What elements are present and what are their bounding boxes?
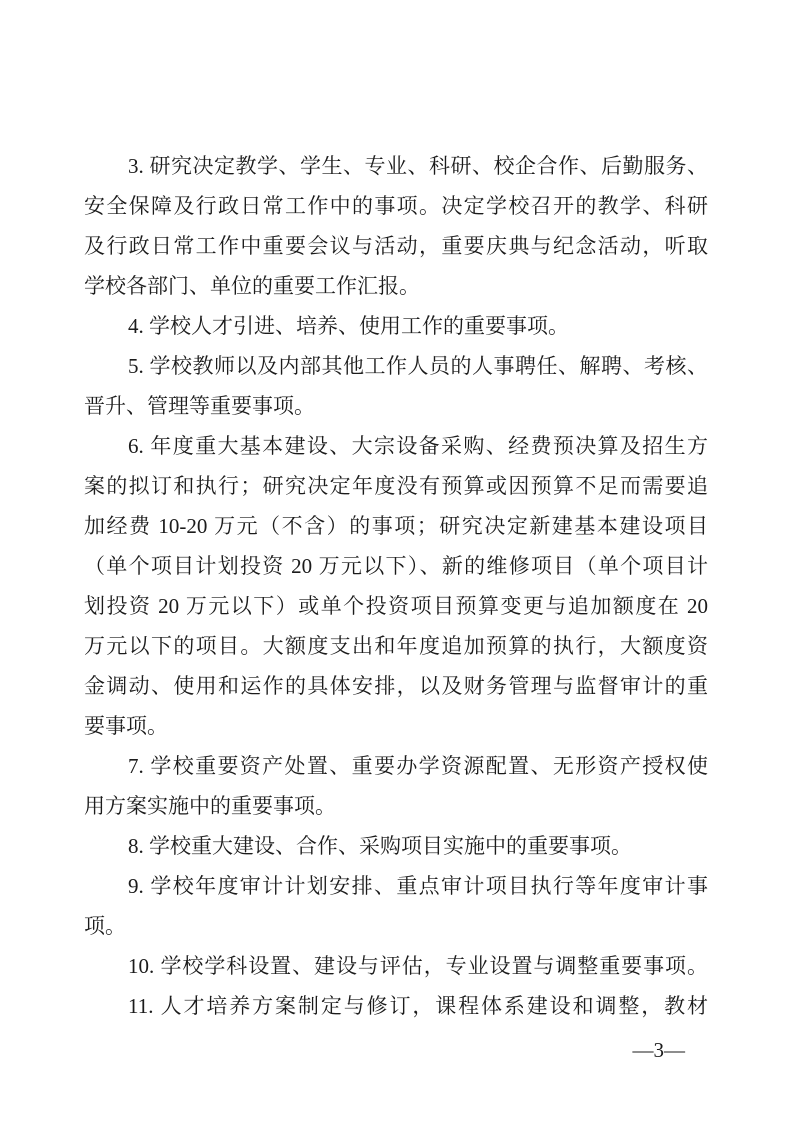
text-line: 9. 学校年度审计计划安排、重点审计项目执行等年度审计事 <box>84 866 708 906</box>
text-line: 案的拟订和执行；研究决定年度没有预算或因预算不足而需要追 <box>84 466 708 506</box>
text-line: 用方案实施中的重要事项。 <box>84 786 708 826</box>
text-line: 学校各部门、单位的重要工作汇报。 <box>84 266 708 306</box>
text-line: 8. 学校重大建设、合作、采购项目实施中的重要事项。 <box>84 826 708 866</box>
text-line: 5. 学校教师以及内部其他工作人员的人事聘任、解聘、考核、 <box>84 346 708 386</box>
paragraph-item-11: 11. 人才培养方案制定与修订，课程体系建设和调整，教材 <box>84 986 708 1026</box>
text-line: 项。 <box>84 906 708 946</box>
paragraph-item-5: 5. 学校教师以及内部其他工作人员的人事聘任、解聘、考核、 晋升、管理等重要事项… <box>84 346 708 426</box>
text-line: 金调动、使用和运作的具体安排，以及财务管理与监督审计的重 <box>84 666 708 706</box>
text-line: 晋升、管理等重要事项。 <box>84 386 708 426</box>
text-line: 要事项。 <box>84 706 708 746</box>
text-line: 万元以下的项目。大额度支出和年度追加预算的执行，大额度资 <box>84 626 708 666</box>
text-line: 加经费 10-20 万元（不含）的事项；研究决定新建基本建设项目 <box>84 506 708 546</box>
text-line: 3. 研究决定教学、学生、专业、科研、校企合作、后勤服务、 <box>84 146 708 186</box>
paragraph-item-6: 6. 年度重大基本建设、大宗设备采购、经费预决算及招生方 案的拟订和执行；研究决… <box>84 426 708 746</box>
paragraph-item-4: 4. 学校人才引进、培养、使用工作的重要事项。 <box>84 306 708 346</box>
text-line: 划投资 20 万元以下）或单个投资项目预算变更与追加额度在 20 <box>84 586 708 626</box>
text-line: 4. 学校人才引进、培养、使用工作的重要事项。 <box>84 306 708 346</box>
paragraph-item-9: 9. 学校年度审计计划安排、重点审计项目执行等年度审计事 项。 <box>84 866 708 946</box>
document-page: 3. 研究决定教学、学生、专业、科研、校企合作、后勤服务、 安全保障及行政日常工… <box>0 0 793 1122</box>
text-line: 7. 学校重要资产处置、重要办学资源配置、无形资产授权使 <box>84 746 708 786</box>
text-line: 安全保障及行政日常工作中的事项。决定学校召开的教学、科研 <box>84 186 708 226</box>
paragraph-item-8: 8. 学校重大建设、合作、采购项目实施中的重要事项。 <box>84 826 708 866</box>
text-line: 6. 年度重大基本建设、大宗设备采购、经费预决算及招生方 <box>84 426 708 466</box>
paragraph-item-3: 3. 研究决定教学、学生、专业、科研、校企合作、后勤服务、 安全保障及行政日常工… <box>84 146 708 306</box>
document-body: 3. 研究决定教学、学生、专业、科研、校企合作、后勤服务、 安全保障及行政日常工… <box>84 146 708 1026</box>
paragraph-item-7: 7. 学校重要资产处置、重要办学资源配置、无形资产授权使 用方案实施中的重要事项… <box>84 746 708 826</box>
page-number: —3— <box>633 1038 686 1062</box>
text-line: 11. 人才培养方案制定与修订，课程体系建设和调整，教材 <box>84 986 708 1026</box>
text-line: 及行政日常工作中重要会议与活动，重要庆典与纪念活动，听取 <box>84 226 708 266</box>
text-line: 10. 学校学科设置、建设与评估，专业设置与调整重要事项。 <box>84 946 708 986</box>
paragraph-item-10: 10. 学校学科设置、建设与评估，专业设置与调整重要事项。 <box>84 946 708 986</box>
text-line: （单个项目计划投资 20 万元以下）、新的维修项目（单个项目计 <box>84 546 708 586</box>
